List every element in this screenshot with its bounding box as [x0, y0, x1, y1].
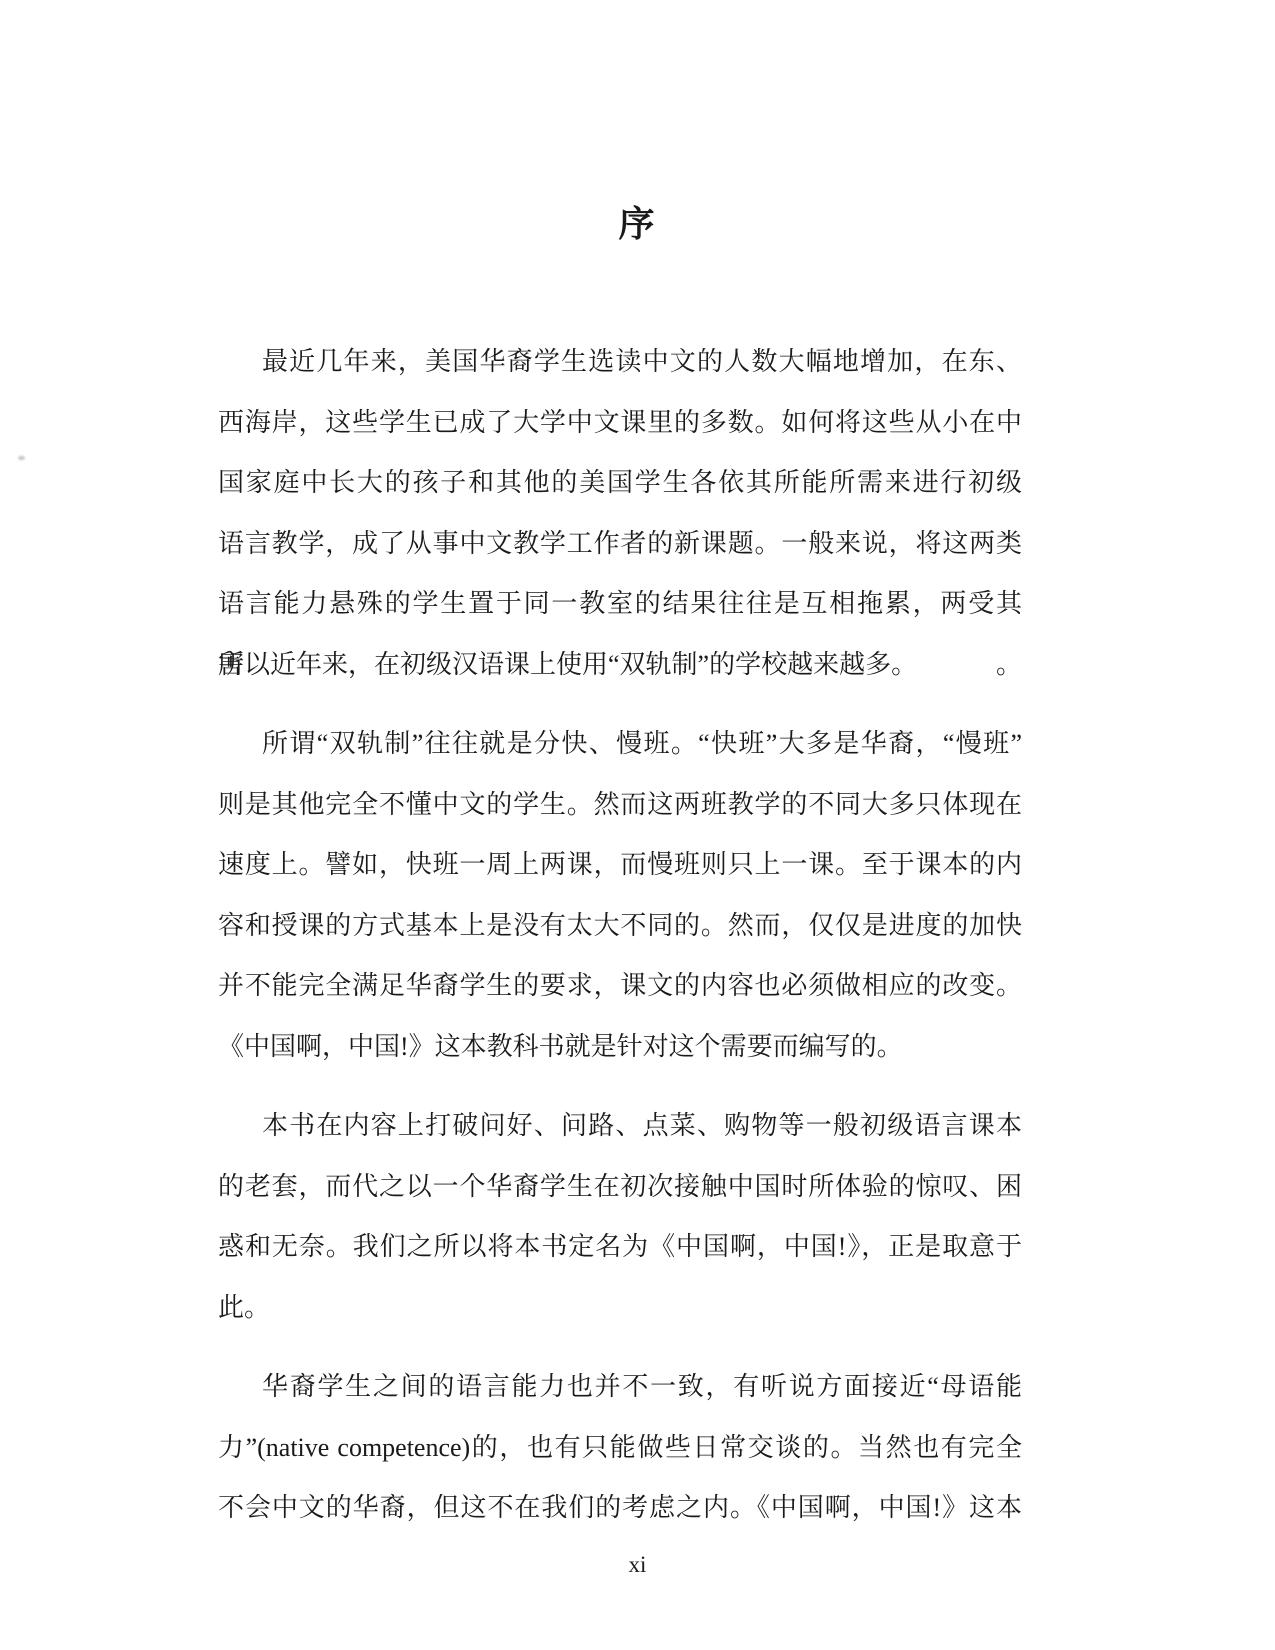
- page-title: 序: [0, 196, 1275, 247]
- document-body: 最近几年来，美国华裔学生选读中文的人数大幅地增加，在东、西海岸，这些学生已成了大…: [218, 332, 1022, 1539]
- text-line: 并不能完全满足华裔学生的要求，课文的内容也必须做相应的改变。: [218, 956, 1022, 1017]
- paragraph: 华裔学生之间的语言能力也并不一致，有听说方面接近“母语能力”(native co…: [218, 1357, 1022, 1539]
- text-line: 语言能力悬殊的学生置于同一教室的结果往往是互相拖累，两受其害。: [218, 574, 1022, 635]
- text-line: 此。: [218, 1278, 1022, 1339]
- text-line: 的老套，而代之以一个华裔学生在初次接触中国时所体验的惊叹、困: [218, 1157, 1022, 1218]
- text-line: 则是其他完全不懂中文的学生。然而这两班教学的不同大多只体现在: [218, 775, 1022, 836]
- text-line: 华裔学生之间的语言能力也并不一致，有听说方面接近“母语能: [218, 1357, 1022, 1418]
- text-line: 《中国啊，中国!》这本教科书就是针对这个需要而编写的。: [218, 1017, 1022, 1078]
- paragraph: 最近几年来，美国华裔学生选读中文的人数大幅地增加，在东、西海岸，这些学生已成了大…: [218, 332, 1022, 695]
- text-line: 西海岸，这些学生已成了大学中文课里的多数。如何将这些从小在中: [218, 393, 1022, 454]
- scan-artifact: [18, 456, 25, 460]
- page-number: xi: [0, 1552, 1275, 1578]
- text-line: 惑和无奈。我们之所以将本书定名为《中国啊，中国!》，正是取意于: [218, 1217, 1022, 1278]
- text-line: 最近几年来，美国华裔学生选读中文的人数大幅地增加，在东、: [218, 332, 1022, 393]
- text-line: 本书在内容上打破问好、问路、点菜、购物等一般初级语言课本: [218, 1096, 1022, 1157]
- text-line: 语言教学，成了从事中文教学工作者的新课题。一般来说，将这两类: [218, 514, 1022, 575]
- text-line: 所谓“双轨制”往往就是分快、慢班。“快班”大多是华裔，“慢班”: [218, 714, 1022, 775]
- text-line: 力”(native competence)的，也有只能做些日常交谈的。当然也有完…: [218, 1418, 1022, 1479]
- text-line: 容和授课的方式基本上是没有太大不同的。然而，仅仅是进度的加快: [218, 896, 1022, 957]
- text-line: 不会中文的华裔，但这不在我们的考虑之内。《中国啊，中国!》这本: [218, 1478, 1022, 1539]
- paragraph: 本书在内容上打破问好、问路、点菜、购物等一般初级语言课本的老套，而代之以一个华裔…: [218, 1096, 1022, 1338]
- text-line: 速度上。譬如，快班一周上两课，而慢班则只上一课。至于课本的内: [218, 835, 1022, 896]
- paragraph: 所谓“双轨制”往往就是分快、慢班。“快班”大多是华裔，“慢班”则是其他完全不懂中…: [218, 714, 1022, 1077]
- text-line: 国家庭中长大的孩子和其他的美国学生各依其所能所需来进行初级: [218, 453, 1022, 514]
- text-line: 所以近年来，在初级汉语课上使用“双轨制”的学校越来越多。: [218, 635, 1022, 696]
- document-page: 序 最近几年来，美国华裔学生选读中文的人数大幅地增加，在东、西海岸，这些学生已成…: [0, 0, 1275, 1650]
